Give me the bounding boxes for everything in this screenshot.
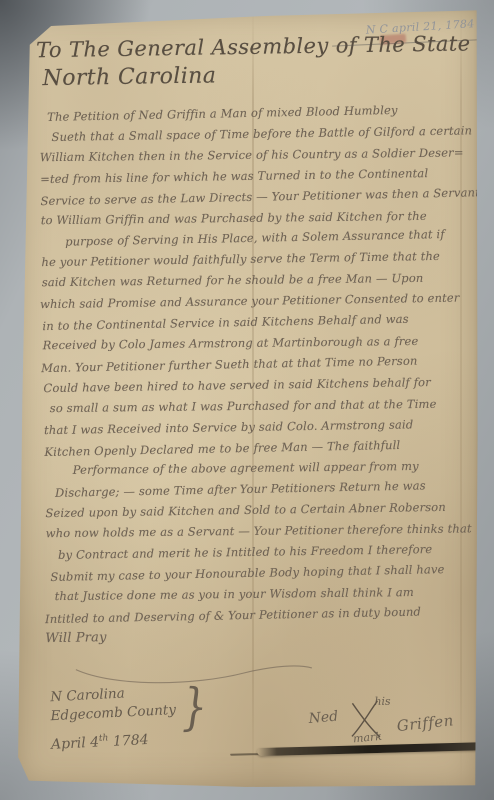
signature-last-name: Griffen xyxy=(396,711,455,735)
date-prefix: April 4 xyxy=(51,734,100,752)
manuscript-content: N C april 21, 1784 To The General Assemb… xyxy=(14,7,490,796)
date-line: April 4th 1784 xyxy=(51,730,177,753)
scanned-document-view: N C april 21, 1784 To The General Assemb… xyxy=(0,0,494,800)
heading-line-1: To The General Assembley of The State of xyxy=(36,31,468,62)
signature-first-name: Ned xyxy=(308,709,339,727)
date-superscript: th xyxy=(99,733,109,743)
manuscript-line: so small a sum as what I was Purchased f… xyxy=(42,393,472,419)
manuscript-paper: N C april 21, 1784 To The General Assemb… xyxy=(14,8,478,790)
petition-body: The Petition of Ned Griffin a Man of mix… xyxy=(37,99,475,649)
curly-brace: } xyxy=(181,678,207,736)
signature-mark-label-bottom: mark xyxy=(352,730,382,745)
petition-heading: To The General Assembley of The State of… xyxy=(36,31,469,91)
heading-line-2: North Carolina xyxy=(36,59,468,91)
place-date-block: N Carolina Edgecomb County } April 4th 1… xyxy=(50,684,176,751)
date-year: 1784 xyxy=(113,732,149,750)
